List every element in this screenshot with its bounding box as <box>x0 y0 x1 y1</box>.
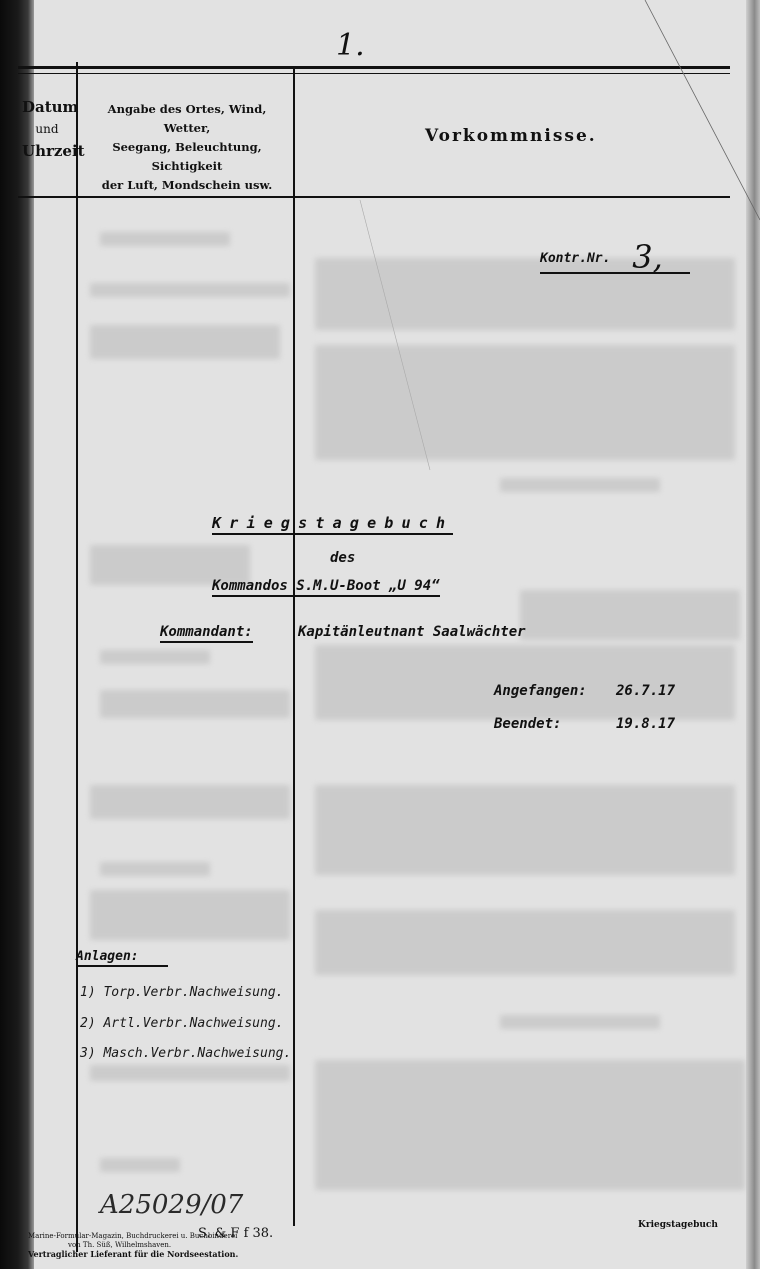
scan-page-edge <box>746 0 760 1269</box>
anlagen-heading: Anlagen: <box>76 949 168 967</box>
list-item: 3) Masch.Verbr.Nachweisung. <box>80 1046 291 1061</box>
page-number-handwritten: 1. <box>336 28 365 63</box>
column-divider-1 <box>76 62 78 1252</box>
header-top-rule <box>18 66 730 69</box>
document-title: Kriegstagebuch <box>212 514 453 535</box>
title-des: des <box>330 550 355 566</box>
scan-binding-shadow <box>0 0 34 1269</box>
ended-label: Beendet: <box>494 716 561 732</box>
kontr-number: Kontr.Nr. 3, <box>540 232 690 274</box>
form-number: S. & F f 38. <box>198 1226 273 1241</box>
header-bottom-rule <box>18 196 730 198</box>
started-label: Angefangen: <box>494 683 587 699</box>
started-date: 26.7.17 <box>616 683 675 699</box>
header-top-rule-thin <box>18 73 730 74</box>
footer-label: Kriegstagebuch <box>638 1220 718 1230</box>
list-item: 2) Artl.Verbr.Nachweisung. <box>80 1016 284 1031</box>
title-kommandos: Kommandos S.M.U-Boot „U 94“ <box>212 578 440 597</box>
ended-date: 19.8.17 <box>616 716 675 732</box>
archive-stamp-handwritten: A25029/07 <box>100 1190 243 1220</box>
kommandant-label: Kommandant: <box>160 624 253 643</box>
document-page: 1. Datum und Uhrzeit Angabe des Ortes, W… <box>0 0 760 1269</box>
header-vorkommnisse: Vorkommnisse. <box>425 126 597 146</box>
column-divider-2 <box>293 66 295 1226</box>
kommandant-name: Kapitänleutnant Saalwächter <box>298 624 526 640</box>
header-angabe: Angabe des Ortes, Wind, Wetter, Seegang,… <box>84 100 290 195</box>
header-datum-uhrzeit: Datum und Uhrzeit <box>22 96 72 162</box>
list-item: 1) Torp.Verbr.Nachweisung. <box>80 985 284 1000</box>
